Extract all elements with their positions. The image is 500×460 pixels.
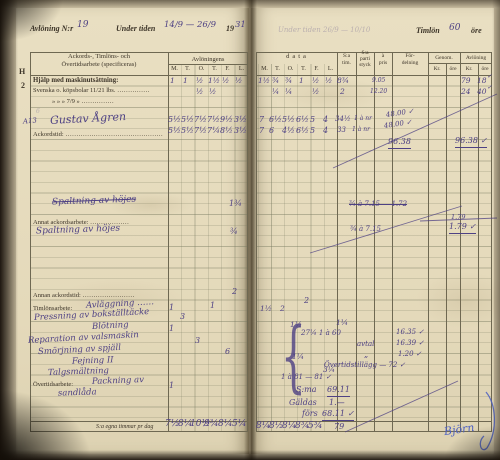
calc-line: „ [364, 351, 368, 360]
day-value: 2 [304, 297, 309, 306]
col-a-pris: à [374, 53, 392, 59]
sum-hours: 34½ [335, 116, 351, 124]
margin-mark: 6 [36, 109, 40, 116]
day-value: 5½ [168, 127, 181, 136]
day-value: 1½ [208, 77, 220, 85]
day-value: 4 [323, 116, 328, 125]
day-value: 3½ [234, 127, 247, 136]
task-name: sandlåda [58, 388, 97, 399]
day-value: 5½ [168, 116, 181, 125]
day-value: 6½ [296, 116, 309, 125]
day-value: 3 [195, 337, 200, 346]
day-value: 5½ [282, 116, 295, 125]
margin-tab-number: 2 [21, 82, 25, 91]
col-desc-header-line2: Övertidsarbete (specificeras) [30, 61, 168, 68]
col-fordelning: delning [392, 60, 428, 66]
day-value: ½ [222, 77, 229, 85]
day-value: ¼ [285, 88, 292, 96]
day-value: 4½ [282, 127, 295, 136]
margin-tab-letter: H [19, 68, 25, 77]
col-avloning-kr: Kr. [460, 66, 478, 72]
distribution: 1 à nr [354, 116, 372, 123]
scanned-wage-ledger: Avlöning N:r 19 Under tiden 14/9 — 26/9 … [0, 0, 500, 460]
day-value: ¾ [272, 77, 279, 85]
day-value: 7½ [194, 127, 207, 136]
col-sa-tim: tim. [337, 60, 356, 66]
wage-kr: 24 [461, 88, 471, 96]
day-letter: O. [284, 66, 297, 73]
col-genom: Genom. [428, 55, 460, 61]
sum-hours: 2 [340, 88, 345, 96]
day-value: 6 [269, 127, 274, 136]
day-letter: M. [258, 66, 271, 73]
day-value: ½ [325, 77, 332, 85]
calc-line: 1 à 81 — 81 ✓ [281, 374, 331, 382]
task-name: Spaltning av höjes [36, 225, 120, 238]
amount: 1.79 ✓ [449, 223, 476, 234]
col-sa-tim: S:a [337, 53, 356, 59]
day-value: ½ [196, 77, 203, 85]
day-value: 4 [323, 127, 328, 136]
day-value: 1½ [258, 77, 270, 85]
day-value: ¾ [285, 77, 292, 85]
sum-hours: 8¾ [337, 77, 349, 85]
col-avloning: Avlöning [460, 55, 492, 61]
day-value: ½ [235, 77, 242, 85]
day-value: 3 [180, 313, 185, 322]
unit-price: 9.05 [372, 78, 385, 85]
net-label: förs [302, 410, 318, 419]
task-title: Hjälp med maskinutsättning: [33, 77, 118, 84]
day-letter: F. [310, 66, 323, 73]
day-letter: L. [324, 66, 337, 73]
sum-row-label: S:a egna timmar pr dag [96, 424, 153, 431]
col-avloningens-header: Avlöningens [168, 56, 248, 63]
day-value: ½ [209, 88, 216, 96]
day-value: ¾ [230, 228, 238, 237]
amount-crossed-out: ¾ à 7.15 — 1.72 [349, 201, 407, 209]
day-letter: L. [235, 66, 248, 73]
day-value: 1 [169, 382, 174, 391]
day-value: 5 [310, 127, 315, 136]
day-value: 3½ [234, 116, 247, 125]
day-total: 5¼ [232, 420, 246, 430]
day-value: 1½ [260, 305, 272, 313]
worker-name: Gustav Ågren [50, 111, 127, 127]
check-mark: ✓ [487, 85, 492, 92]
amount-calc: ¾ à 7.15 [350, 226, 381, 234]
day-total: 9¾ [204, 420, 218, 430]
day-value: 5 [310, 116, 315, 125]
day-value: ½ [312, 77, 319, 85]
day-value: 5½ [181, 116, 194, 125]
worker-code: A13 [23, 117, 38, 126]
col-desc-header-line1: Ackords-, Timlöns- och [30, 53, 168, 60]
day-value: ½ [196, 88, 203, 96]
day-value: 8½ [220, 127, 233, 136]
col-fordelning: För- [392, 53, 428, 59]
day-value: 1 [169, 325, 174, 334]
calc-amount: 16.35 ✓ [396, 329, 424, 337]
day-value: 1 [183, 77, 188, 85]
day-total: 5¾ [308, 422, 322, 432]
col-sa-parti: styck [356, 62, 374, 68]
sum-total-hours: 79 [334, 423, 344, 432]
distribution: 1 à nr [352, 127, 370, 134]
deduction-label: Gäldas [289, 399, 317, 408]
day-value: 1 [170, 77, 175, 85]
day-letter: F. [221, 66, 234, 73]
signature: Björn [443, 422, 475, 438]
ackordstid-label: Ackordstid: ……………………………………… [33, 131, 163, 138]
calc-line: Övertidstillägg — 72 ✓ [324, 362, 405, 370]
deduction-value: 1.— [329, 399, 345, 408]
day-value: 1 [299, 77, 304, 85]
col-a-pris: pris [374, 60, 392, 66]
overtidsarbete-label: Övertidsarbete: [33, 381, 73, 388]
day-letter: T. [297, 66, 310, 73]
day-value: 1¾ [229, 200, 242, 209]
net-value: 68.11 ✓ [322, 410, 354, 421]
day-value: 7½ [207, 116, 220, 125]
check-mark: ✓ [487, 74, 492, 81]
unit-price: 12.20 [370, 89, 387, 96]
day-letter: O. [195, 66, 208, 73]
col-data-header: data [258, 53, 337, 60]
day-letter: T. [181, 66, 194, 73]
day-value: 5½ [181, 127, 194, 136]
wage-amount: 48.00 ✓ [384, 119, 413, 131]
sum-value: 69.11 [327, 386, 350, 397]
day-value: 1 [210, 302, 215, 311]
day-total: 8¼ [218, 420, 232, 430]
wage-ore: 18 [477, 77, 487, 85]
day-value: 6½ [296, 127, 309, 136]
day-letter: T. [208, 66, 221, 73]
day-value: 9½ [220, 116, 233, 125]
wage-ore: 40 [477, 88, 487, 96]
wage-kr: 79 [461, 77, 471, 85]
col-genom-kr: Kr. [428, 66, 446, 72]
day-value: 1¼ [336, 319, 348, 327]
calc-amount: 1.20 ✓ [398, 351, 422, 359]
task-subline: » » » 7/9 » …………… [52, 98, 114, 105]
task-subline: Svenska o. köpsbolar 11/21 lbs. …………… [33, 87, 150, 94]
task-name: Packning av [92, 376, 144, 387]
total-amount: 96.38 ✓ [455, 137, 487, 148]
day-letter: M. [168, 66, 181, 73]
day-value: 7¼ [207, 127, 220, 136]
amount-note: 1.79 [451, 214, 465, 221]
task-crossed-out: Spaltning av höjes [52, 196, 136, 209]
day-value: 7 [259, 116, 264, 125]
calc-line: avtal [357, 341, 374, 349]
bleedthrough-text: Under tiden 26/9 — 10/10 [278, 27, 370, 35]
subtotal-amount: 96.38 [388, 138, 411, 149]
day-value: 6 [225, 348, 230, 357]
text-layer: Under tiden 26/9 — 10/10Ackords-, Timlön… [0, 0, 500, 460]
sum-label: S:ma [296, 386, 317, 395]
day-value: 7½ [194, 116, 207, 125]
day-value: 1 [169, 304, 174, 313]
calc-amount: 16.39 ✓ [396, 340, 424, 348]
day-value: 7 [259, 127, 264, 136]
col-avloning-ore: öre [478, 66, 492, 72]
day-value: 6½ [269, 116, 282, 125]
calc-line: 27¼ 1 à 60 [301, 330, 341, 338]
day-value: ¼ [272, 88, 279, 96]
sum-hours: 33 [337, 127, 346, 135]
day-value: 2 [232, 288, 237, 297]
day-letter: T. [271, 66, 284, 73]
day-value: ½ [312, 88, 319, 96]
col-genom-ore: öre [446, 66, 460, 72]
